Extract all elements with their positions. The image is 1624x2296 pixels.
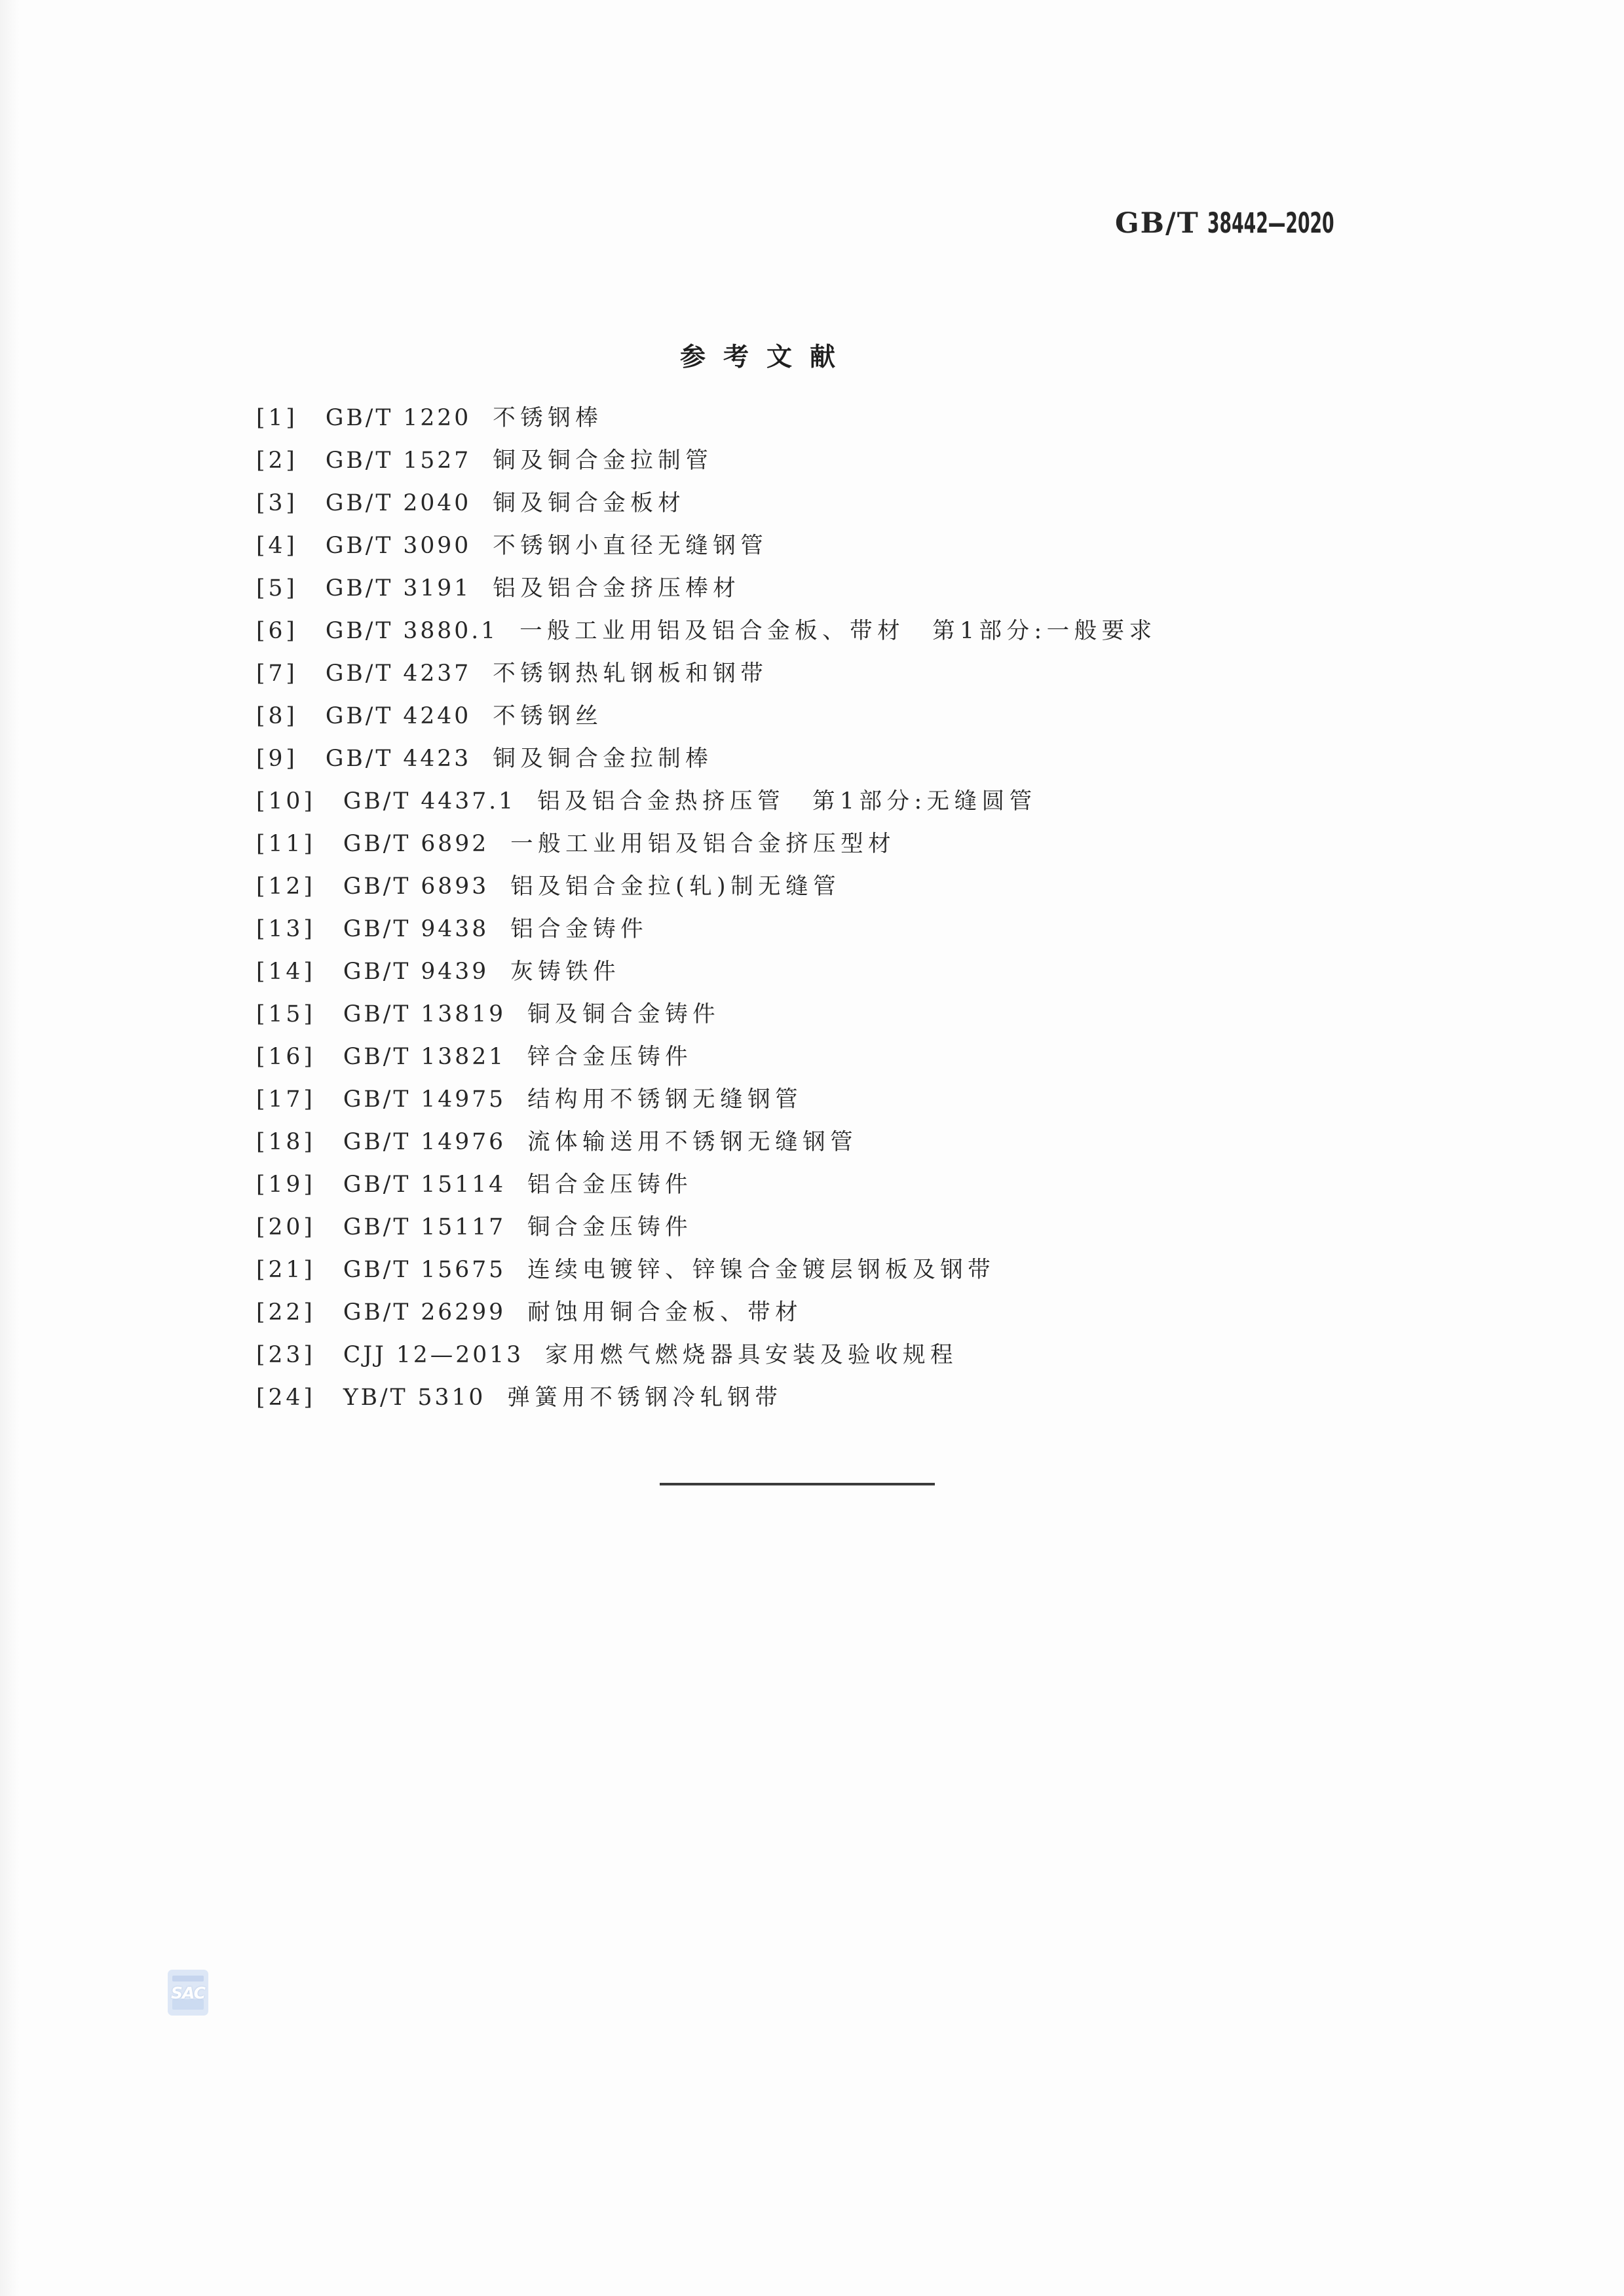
reference-item: [20]GB/T 15117铜合金压铸件 — [256, 1206, 1157, 1249]
standard-code-header: GB/T38442—2020 — [1115, 210, 1342, 238]
end-of-document-rule — [660, 1483, 935, 1485]
reference-title: 铝合金压铸件 — [527, 1164, 692, 1206]
reference-item: [22]GB/T 26299耐蚀用铜合金板、带材 — [256, 1291, 1157, 1334]
reference-title: 铜及铜合金拉制管 — [493, 440, 713, 482]
reference-title: 灰铸铁件 — [510, 951, 620, 993]
reference-number: [14] — [256, 951, 316, 993]
reference-number: [9] — [256, 738, 298, 780]
standard-code-number: 38442—2020 — [1207, 210, 1334, 238]
reference-number: [6] — [256, 610, 298, 653]
reference-standard-code: GB/T 15117 — [343, 1206, 506, 1249]
reference-number: [5] — [256, 567, 298, 610]
reference-standard-code: GB/T 3090 — [326, 525, 471, 567]
reference-number: [19] — [256, 1164, 316, 1206]
reference-title: 一般工业用铝及铝合金板、带材 第1部分:一般要求 — [519, 610, 1157, 653]
reference-standard-code: GB/T 3880.1 — [326, 610, 498, 653]
reference-number: [17] — [256, 1079, 316, 1121]
reference-title: 铝及铝合金热挤压管 第1部分:无缝圆管 — [537, 780, 1037, 823]
reference-number: [1] — [256, 397, 298, 440]
reference-standard-code: CJJ 12—2013 — [343, 1334, 523, 1377]
reference-title: 铝合金铸件 — [510, 908, 648, 951]
reference-title: 铝及铝合金挤压棒材 — [493, 567, 740, 610]
reference-item: [18]GB/T 14976流体输送用不锈钢无缝钢管 — [256, 1121, 1157, 1164]
reference-item: [7]GB/T 4237不锈钢热轧钢板和钢带 — [256, 653, 1157, 695]
reference-standard-code: GB/T 14975 — [343, 1079, 506, 1121]
reference-number: [20] — [256, 1206, 316, 1249]
reference-number: [12] — [256, 866, 316, 908]
reference-standard-code: GB/T 15675 — [343, 1249, 506, 1291]
reference-item: [11]GB/T 6892一般工业用铝及铝合金挤压型材 — [256, 823, 1157, 866]
reference-standard-code: GB/T 14976 — [343, 1121, 506, 1164]
reference-standard-code: GB/T 13819 — [343, 993, 506, 1036]
reference-number: [22] — [256, 1291, 316, 1334]
reference-title: 铜及铜合金铸件 — [527, 993, 720, 1036]
reference-item: [12]GB/T 6893铝及铝合金拉(轧)制无缝管 — [256, 866, 1157, 908]
reference-title: 不锈钢小直径无缝钢管 — [493, 525, 768, 567]
reference-title: 家用燃气燃烧器具安装及验收规程 — [545, 1334, 958, 1377]
reference-number: [8] — [256, 695, 298, 738]
reference-item: [24]YB/T 5310弹簧用不锈钢冷轧钢带 — [256, 1377, 1157, 1419]
reference-item: [14]GB/T 9439灰铸铁件 — [256, 951, 1157, 993]
reference-standard-code: YB/T 5310 — [343, 1377, 486, 1419]
sac-logo-text: SAC — [171, 1983, 205, 2002]
reference-title: 弹簧用不锈钢冷轧钢带 — [507, 1377, 782, 1419]
reference-item: [21]GB/T 15675连续电镀锌、锌镍合金镀层钢板及钢带 — [256, 1249, 1157, 1291]
reference-item: [23]CJJ 12—2013家用燃气燃烧器具安装及验收规程 — [256, 1334, 1157, 1377]
reference-standard-code: GB/T 13821 — [343, 1036, 506, 1079]
reference-title: 铜及铜合金板材 — [493, 482, 685, 525]
reference-item: [2]GB/T 1527铜及铜合金拉制管 — [256, 440, 1157, 482]
reference-title: 连续电镀锌、锌镍合金镀层钢板及钢带 — [527, 1249, 995, 1291]
reference-title: 不锈钢棒 — [493, 397, 603, 440]
reference-title: 一般工业用铝及铝合金挤压型材 — [510, 823, 896, 866]
reference-item: [16]GB/T 13821锌合金压铸件 — [256, 1036, 1157, 1079]
reference-item: [17]GB/T 14975结构用不锈钢无缝钢管 — [256, 1079, 1157, 1121]
reference-number: [23] — [256, 1334, 316, 1377]
reference-standard-code: GB/T 9438 — [343, 908, 489, 951]
reference-standard-code: GB/T 9439 — [343, 951, 489, 993]
reference-item: [6]GB/T 3880.1一般工业用铝及铝合金板、带材 第1部分:一般要求 — [256, 610, 1157, 653]
reference-number: [24] — [256, 1377, 316, 1419]
reference-standard-code: GB/T 2040 — [326, 482, 471, 525]
reference-item: [19]GB/T 15114铝合金压铸件 — [256, 1164, 1157, 1206]
reference-standard-code: GB/T 6893 — [343, 866, 489, 908]
reference-item: [13]GB/T 9438铝合金铸件 — [256, 908, 1157, 951]
reference-number: [13] — [256, 908, 316, 951]
reference-title: 铜及铜合金拉制棒 — [493, 738, 713, 780]
reference-item: [3]GB/T 2040铜及铜合金板材 — [256, 482, 1157, 525]
reference-number: [21] — [256, 1249, 316, 1291]
reference-number: [2] — [256, 440, 298, 482]
reference-standard-code: GB/T 4240 — [326, 695, 471, 738]
reference-standard-code: GB/T 4237 — [326, 653, 471, 695]
reference-number: [3] — [256, 482, 298, 525]
reference-number: [7] — [256, 653, 298, 695]
reference-standard-code: GB/T 1527 — [326, 440, 471, 482]
reference-standard-code: GB/T 3191 — [326, 567, 471, 610]
reference-number: [18] — [256, 1121, 316, 1164]
reference-title: 流体输送用不锈钢无缝钢管 — [527, 1121, 858, 1164]
reference-number: [15] — [256, 993, 316, 1036]
reference-standard-code: GB/T 4437.1 — [343, 780, 516, 823]
reference-item: [4]GB/T 3090不锈钢小直径无缝钢管 — [256, 525, 1157, 567]
reference-title: 铜合金压铸件 — [527, 1206, 692, 1249]
reference-standard-code: GB/T 26299 — [343, 1291, 506, 1334]
reference-item: [1]GB/T 1220不锈钢棒 — [256, 397, 1157, 440]
reference-standard-code: GB/T 4423 — [326, 738, 471, 780]
reference-item: [5]GB/T 3191铝及铝合金挤压棒材 — [256, 567, 1157, 610]
reference-standard-code: GB/T 6892 — [343, 823, 489, 866]
reference-number: [16] — [256, 1036, 316, 1079]
reference-item: [9]GB/T 4423铜及铜合金拉制棒 — [256, 738, 1157, 780]
reference-title: 铝及铝合金拉(轧)制无缝管 — [510, 866, 840, 908]
reference-item: [8]GB/T 4240不锈钢丝 — [256, 695, 1157, 738]
reference-list: [1]GB/T 1220不锈钢棒 [2]GB/T 1527铜及铜合金拉制管 [3… — [256, 397, 1157, 1419]
reference-title: 耐蚀用铜合金板、带材 — [527, 1291, 803, 1334]
reference-item: [10]GB/T 4437.1铝及铝合金热挤压管 第1部分:无缝圆管 — [256, 780, 1157, 823]
reference-title: 不锈钢丝 — [493, 695, 603, 738]
sac-logo: SAC — [168, 1970, 208, 2016]
reference-title: 不锈钢热轧钢板和钢带 — [493, 653, 768, 695]
reference-title: 结构用不锈钢无缝钢管 — [527, 1079, 803, 1121]
reference-number: [10] — [256, 780, 316, 823]
reference-item: [15]GB/T 13819铜及铜合金铸件 — [256, 993, 1157, 1036]
reference-number: [4] — [256, 525, 298, 567]
references-section-title: 参考文献 — [255, 337, 1277, 373]
reference-number: [11] — [256, 823, 316, 866]
reference-standard-code: GB/T 15114 — [343, 1164, 506, 1206]
standard-code-prefix: GB/T — [1115, 207, 1199, 240]
reference-standard-code: GB/T 1220 — [326, 397, 471, 440]
reference-title: 锌合金压铸件 — [527, 1036, 692, 1079]
document-page: GB/T38442—2020 参考文献 [1]GB/T 1220不锈钢棒 [2]… — [0, 0, 1624, 2296]
